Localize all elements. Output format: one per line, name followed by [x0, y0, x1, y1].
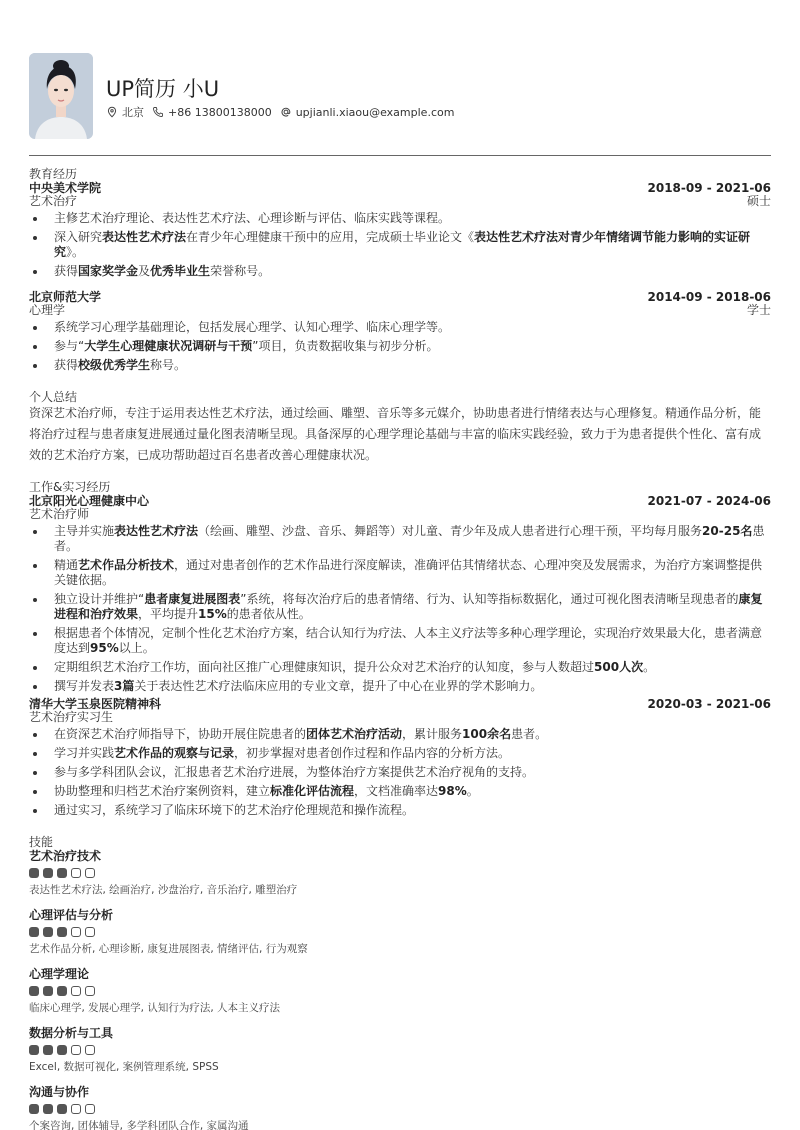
school-name: 中央美术学院 [29, 181, 101, 195]
phone-text: +86 13800138000 [168, 106, 272, 119]
contact-email: upjianli.xiaou@example.com [280, 106, 455, 119]
rating-dot-empty-icon [71, 868, 81, 878]
rating-dot-filled-icon [29, 1045, 39, 1055]
school-name: 北京师范大学 [29, 290, 101, 304]
rating-dot-filled-icon [57, 1104, 67, 1114]
skill-rating [29, 986, 771, 996]
rating-dot-filled-icon [57, 927, 67, 937]
rating-dot-empty-icon [71, 986, 81, 996]
rating-dot-filled-icon [57, 986, 67, 996]
rating-dot-empty-icon [71, 1045, 81, 1055]
rating-dot-empty-icon [85, 1104, 95, 1114]
skill-keywords: 临床心理学, 发展心理学, 认知行为疗法, 人本主义疗法 [29, 1002, 771, 1015]
rating-dot-filled-icon [57, 1045, 67, 1055]
bullet-item: 获得国家奖学金及优秀毕业生荣誉称号。 [29, 264, 771, 279]
email-text: upjianli.xiaou@example.com [296, 106, 455, 119]
contact-info: 北京 +86 13800138000 upjianli.xiaou@exampl… [106, 104, 462, 120]
rating-dot-filled-icon [29, 868, 39, 878]
candidate-name: UP简历 小U [106, 73, 219, 103]
portrait-image [29, 53, 93, 139]
bullet-item: 主导并实施表达性艺术疗法（绘画、雕塑、沙盘、音乐、舞蹈等）对儿童、青少年及成人患… [29, 524, 771, 554]
bullet-item: 参与多学科团队会议，汇报患者艺术治疗进展，为整体治疗方案提供艺术治疗视角的支持。 [29, 765, 771, 780]
rating-dot-filled-icon [43, 927, 53, 937]
skill-item: 心理评估与分析 艺术作品分析, 心理诊断, 康复进展图表, 情绪评估, 行为观察 [29, 908, 771, 956]
rating-dot-filled-icon [29, 927, 39, 937]
section-title-education: 教育经历 [29, 167, 77, 181]
work-entry: 北京阳光心理健康中心 艺术治疗师 2021-07 - 2024-06 主导并实施… [29, 494, 771, 698]
skill-keywords: 个案咨询, 团体辅导, 多学科团队合作, 家属沟通 [29, 1120, 771, 1130]
bullet-item: 独立设计并维护“患者康复进展图表”系统，将每次治疗后的患者情绪、行为、认知等指标… [29, 592, 771, 622]
skill-keywords: 艺术作品分析, 心理诊断, 康复进展图表, 情绪评估, 行为观察 [29, 943, 771, 956]
skill-item: 心理学理论 临床心理学, 发展心理学, 认知行为疗法, 人本主义疗法 [29, 967, 771, 1015]
skill-item: 沟通与协作 个案咨询, 团体辅导, 多学科团队合作, 家属沟通 [29, 1085, 771, 1130]
bullet-list: 系统学习心理学基础理论，包括发展心理学、认知心理学、临床心理学等。参与“大学生心… [29, 320, 771, 373]
date-range: 2021-07 - 2024-06 [648, 494, 772, 508]
contact-phone: +86 13800138000 [152, 106, 272, 119]
bullet-item: 通过实习，系统学习了临床环境下的艺术治疗伦理规范和操作流程。 [29, 803, 771, 818]
job-title: 艺术治疗实习生 [29, 710, 113, 724]
location-text: 北京 [122, 104, 144, 120]
skill-rating [29, 927, 771, 937]
date-range: 2018-09 - 2021-06 [648, 181, 772, 195]
rating-dot-empty-icon [71, 927, 81, 937]
rating-dot-empty-icon [85, 868, 95, 878]
education-entry: 北京师范大学 心理学 2014-09 - 2018-06 学士 系统学习心理学基… [29, 290, 771, 377]
section-title-skills: 技能 [29, 835, 53, 849]
bullet-item: 系统学习心理学基础理论，包括发展心理学、认知心理学、临床心理学等。 [29, 320, 771, 335]
skill-rating [29, 1104, 771, 1114]
skill-item: 数据分析与工具 Excel, 数据可视化, 案例管理系统, SPSS [29, 1026, 771, 1074]
company-name: 北京阳光心理健康中心 [29, 494, 149, 508]
bullet-item: 深入研究表达性艺术疗法在青少年心理健康干预中的应用，完成硕士毕业论文《表达性艺术… [29, 230, 771, 260]
rating-dot-filled-icon [29, 1104, 39, 1114]
section-title-summary: 个人总结 [29, 390, 77, 404]
company-name: 清华大学玉泉医院精神科 [29, 697, 161, 711]
bullet-item: 根据患者个体情况，定制个性化艺术治疗方案，结合认知行为疗法、人本主义疗法等多种心… [29, 626, 771, 656]
bullet-item: 定期组织艺术治疗工作坊，面向社区推广心理健康知识，提升公众对艺术治疗的认知度，参… [29, 660, 771, 675]
bullet-list: 主修艺术治疗理论、表达性艺术疗法、心理诊断与评估、临床实践等课程。深入研究表达性… [29, 211, 771, 279]
bullet-item: 在资深艺术治疗师指导下，协助开展住院患者的团体艺术治疗活动，累计服务100余名患… [29, 727, 771, 742]
profile-photo [29, 53, 93, 139]
skill-name: 数据分析与工具 [29, 1026, 771, 1040]
rating-dot-empty-icon [71, 1104, 81, 1114]
rating-dot-filled-icon [43, 986, 53, 996]
rating-dot-filled-icon [57, 868, 67, 878]
degree: 硕士 [747, 194, 771, 208]
rating-dot-empty-icon [85, 927, 95, 937]
bullet-item: 主修艺术治疗理论、表达性艺术疗法、心理诊断与评估、临床实践等课程。 [29, 211, 771, 226]
at-icon [280, 106, 292, 118]
bullet-item: 精通艺术作品分析技术，通过对患者创作的艺术作品进行深度解读，准确评估其情绪状态、… [29, 558, 771, 588]
bullet-list: 在资深艺术治疗师指导下，协助开展住院患者的团体艺术治疗活动，累计服务100余名患… [29, 727, 771, 818]
skill-name: 心理学理论 [29, 967, 771, 981]
map-pin-icon [106, 106, 118, 118]
bullet-list: 主导并实施表达性艺术疗法（绘画、雕塑、沙盘、音乐、舞蹈等）对儿童、青少年及成人患… [29, 524, 771, 694]
education-entry: 中央美术学院 艺术治疗 2018-09 - 2021-06 硕士 主修艺术治疗理… [29, 181, 771, 283]
resume-header: UP简历 小U 北京 +86 13800138000 upjianli.xiao… [29, 53, 771, 139]
bullet-item: 协助整理和归档艺术治疗案例资料，建立标准化评估流程，文档准确率达98%。 [29, 784, 771, 799]
rating-dot-empty-icon [85, 1045, 95, 1055]
bullet-item: 参与“大学生心理健康状况调研与干预”项目，负责数据收集与初步分析。 [29, 339, 771, 354]
skill-item: 艺术治疗技术 表达性艺术疗法, 绘画治疗, 沙盘治疗, 音乐治疗, 雕塑治疗 [29, 849, 771, 897]
skill-rating [29, 1045, 771, 1055]
contact-location: 北京 [106, 104, 144, 120]
rating-dot-filled-icon [29, 986, 39, 996]
bullet-item: 获得校级优秀学生称号。 [29, 358, 771, 373]
work-entry: 清华大学玉泉医院精神科 艺术治疗实习生 2020-03 - 2021-06 在资… [29, 697, 771, 822]
bullet-item: 撰写并发表3篇关于表达性艺术疗法临床应用的专业文章，提升了中心在业界的学术影响力… [29, 679, 771, 694]
major: 心理学 [29, 303, 65, 317]
summary-text: 资深艺术治疗师，专注于运用表达性艺术疗法，通过绘画、雕塑、音乐等多元媒介，协助患… [29, 403, 771, 466]
rating-dot-empty-icon [85, 986, 95, 996]
skill-name: 心理评估与分析 [29, 908, 771, 922]
phone-icon [152, 106, 164, 118]
section-title-work: 工作&实习经历 [29, 480, 110, 494]
degree: 学士 [747, 303, 771, 317]
rating-dot-filled-icon [43, 868, 53, 878]
rating-dot-filled-icon [43, 1045, 53, 1055]
skill-name: 沟通与协作 [29, 1085, 771, 1099]
skill-rating [29, 868, 771, 878]
date-range: 2020-03 - 2021-06 [648, 697, 772, 711]
job-title: 艺术治疗师 [29, 507, 89, 521]
bullet-item: 学习并实践艺术作品的观察与记录，初步掌握对患者创作过程和作品内容的分析方法。 [29, 746, 771, 761]
major: 艺术治疗 [29, 194, 77, 208]
header-divider [29, 155, 771, 156]
skill-keywords: Excel, 数据可视化, 案例管理系统, SPSS [29, 1061, 771, 1074]
rating-dot-filled-icon [43, 1104, 53, 1114]
date-range: 2014-09 - 2018-06 [648, 290, 772, 304]
skill-name: 艺术治疗技术 [29, 849, 771, 863]
skill-keywords: 表达性艺术疗法, 绘画治疗, 沙盘治疗, 音乐治疗, 雕塑治疗 [29, 884, 771, 897]
